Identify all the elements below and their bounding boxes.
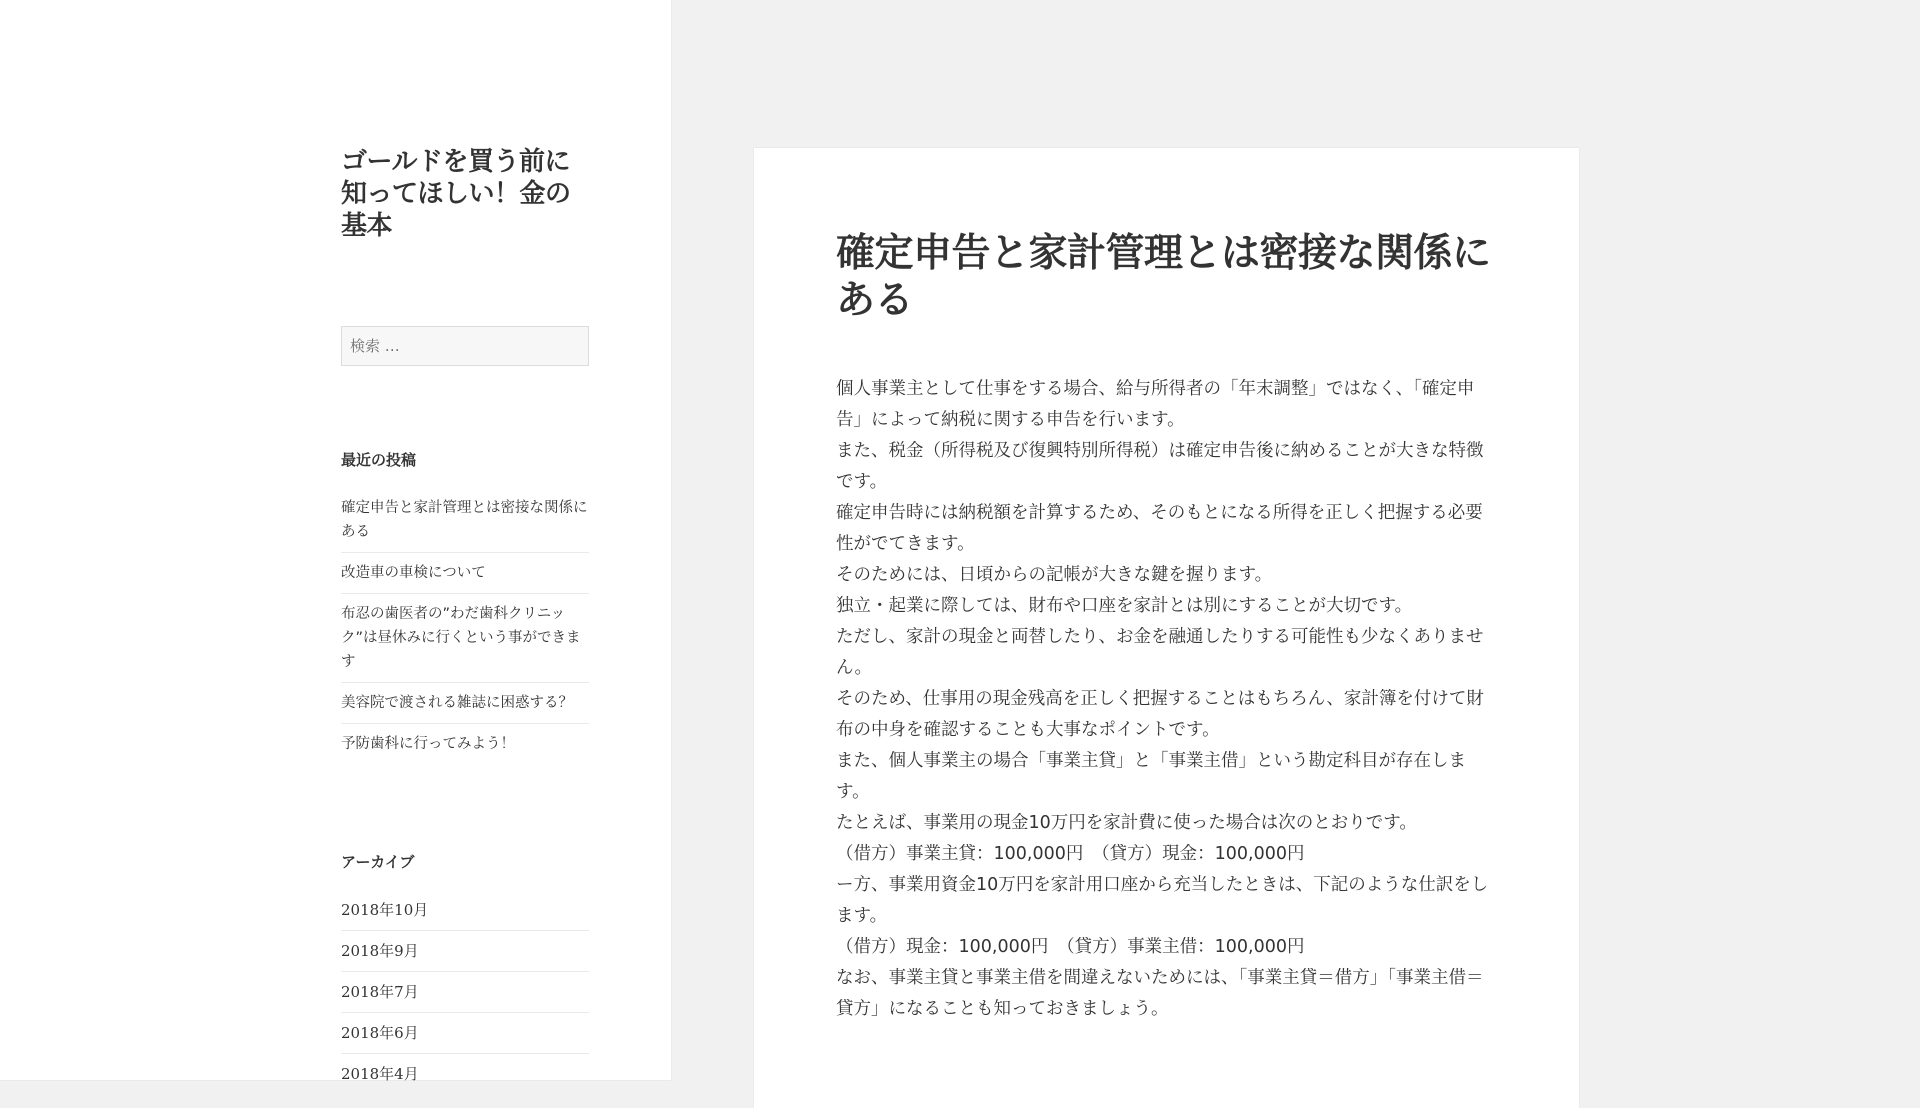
sidebar-content: ゴールドを買う前に知ってほしい！金の基本 最近の投稿 確定申告と家計管理とは密接… (341, 146, 589, 1080)
search-input[interactable] (341, 326, 589, 366)
archive-link[interactable]: 2018年6月 (341, 1024, 419, 1042)
recent-posts-title: 最近の投稿 (341, 448, 589, 472)
article-paragraph: 確定申告時には納税額を計算するため、そのもとになる所得を正しく把握する必要性がで… (836, 498, 1498, 560)
archive-item: 2018年6月 (341, 1012, 589, 1053)
recent-post-link[interactable]: 美容院で渡される雑誌に困惑する？ (341, 695, 573, 711)
article-title: 確定申告と家計管理とは密接な関係にある (836, 230, 1498, 324)
article-paragraph: そのため、仕事用の現金残高を正しく把握することはもちろん、家計簿を付けて財布の中… (836, 684, 1498, 746)
article-paragraph: ただし、家計の現金と両替したり、お金を融通したりする可能性も少なくありません。 (836, 622, 1498, 684)
journal-entry: （借方）現金：100,000円 （貸方）事業主借：100,000円 (836, 932, 1498, 963)
recent-post-item: 布忍の歯医者の”わだ歯科クリニック”は昼休みに行くという事ができます (341, 593, 589, 682)
recent-post-link[interactable]: 改造車の車検について (341, 565, 486, 581)
sidebar: ゴールドを買う前に知ってほしい！金の基本 最近の投稿 確定申告と家計管理とは密接… (0, 0, 671, 1080)
archives-widget: アーカイブ 2018年10月 2018年9月 2018年7月 2018年6月 2… (341, 850, 589, 1080)
site-title-link[interactable]: ゴールドを買う前に知ってほしい！金の基本 (341, 146, 589, 242)
archive-item: 2018年4月 (341, 1053, 589, 1080)
article-paragraph: たとえば、事業用の現金10万円を家計費に使った場合は次のとおりです。 (836, 808, 1498, 839)
journal-entry: （借方）事業主貸：100,000円 （貸方）現金：100,000円 (836, 839, 1498, 870)
article-content: 確定申告と家計管理とは密接な関係にある 個人事業主として仕事をする場合、給与所得… (836, 230, 1498, 1025)
recent-post-link[interactable]: 予防歯科に行ってみよう！ (341, 736, 515, 752)
recent-post-item: 確定申告と家計管理とは密接な関係にある (341, 496, 589, 552)
archive-link[interactable]: 2018年7月 (341, 983, 419, 1001)
archive-link[interactable]: 2018年9月 (341, 942, 419, 960)
article-card: 確定申告と家計管理とは密接な関係にある 個人事業主として仕事をする場合、給与所得… (754, 148, 1579, 1080)
article-paragraph: 個人事業主として仕事をする場合、給与所得者の「年末調整」ではなく、「確定申告」に… (836, 374, 1498, 436)
archive-item: 2018年10月 (341, 898, 589, 930)
archives-title: アーカイブ (341, 850, 589, 874)
recent-post-item: 美容院で渡される雑誌に困惑する？ (341, 682, 589, 723)
article-paragraph: また、税金（所得税及び復興特別所得税）は確定申告後に納めることが大きな特徴です。 (836, 436, 1498, 498)
recent-post-item: 改造車の車検について (341, 552, 589, 593)
archives-list: 2018年10月 2018年9月 2018年7月 2018年6月 2018年4月 (341, 898, 589, 1080)
recent-post-link[interactable]: 確定申告と家計管理とは密接な関係にある (341, 500, 588, 540)
archive-link[interactable]: 2018年4月 (341, 1065, 419, 1080)
article-paragraph: また、個人事業主の場合「事業主貸」と「事業主借」という勘定科目が存在します。 (836, 746, 1498, 808)
archive-item: 2018年9月 (341, 930, 589, 971)
article-paragraph: 独立・起業に際しては、財布や口座を家計とは別にすることが大切です。 (836, 591, 1498, 622)
archive-link[interactable]: 2018年10月 (341, 901, 428, 919)
article-body: 個人事業主として仕事をする場合、給与所得者の「年末調整」ではなく、「確定申告」に… (836, 374, 1498, 1025)
recent-posts-list: 確定申告と家計管理とは密接な関係にある 改造車の車検について 布忍の歯医者の”わ… (341, 496, 589, 764)
recent-post-link[interactable]: 布忍の歯医者の”わだ歯科クリニック”は昼休みに行くという事ができます (341, 606, 581, 670)
archive-item: 2018年7月 (341, 971, 589, 1012)
article-paragraph: ー方、事業用資金10万円を家計用口座から充当したときは、下記のような仕訳をします… (836, 870, 1498, 932)
article-paragraph: なお、事業主貸と事業主借を間違えないためには、「事業主貸＝借方」「事業主借＝貸方… (836, 963, 1498, 1025)
recent-post-item: 予防歯科に行ってみよう！ (341, 723, 589, 764)
recent-posts-widget: 最近の投稿 確定申告と家計管理とは密接な関係にある 改造車の車検について 布忍の… (341, 448, 589, 764)
article-paragraph: そのためには、日頃からの記帳が大きな鍵を握ります。 (836, 560, 1498, 591)
